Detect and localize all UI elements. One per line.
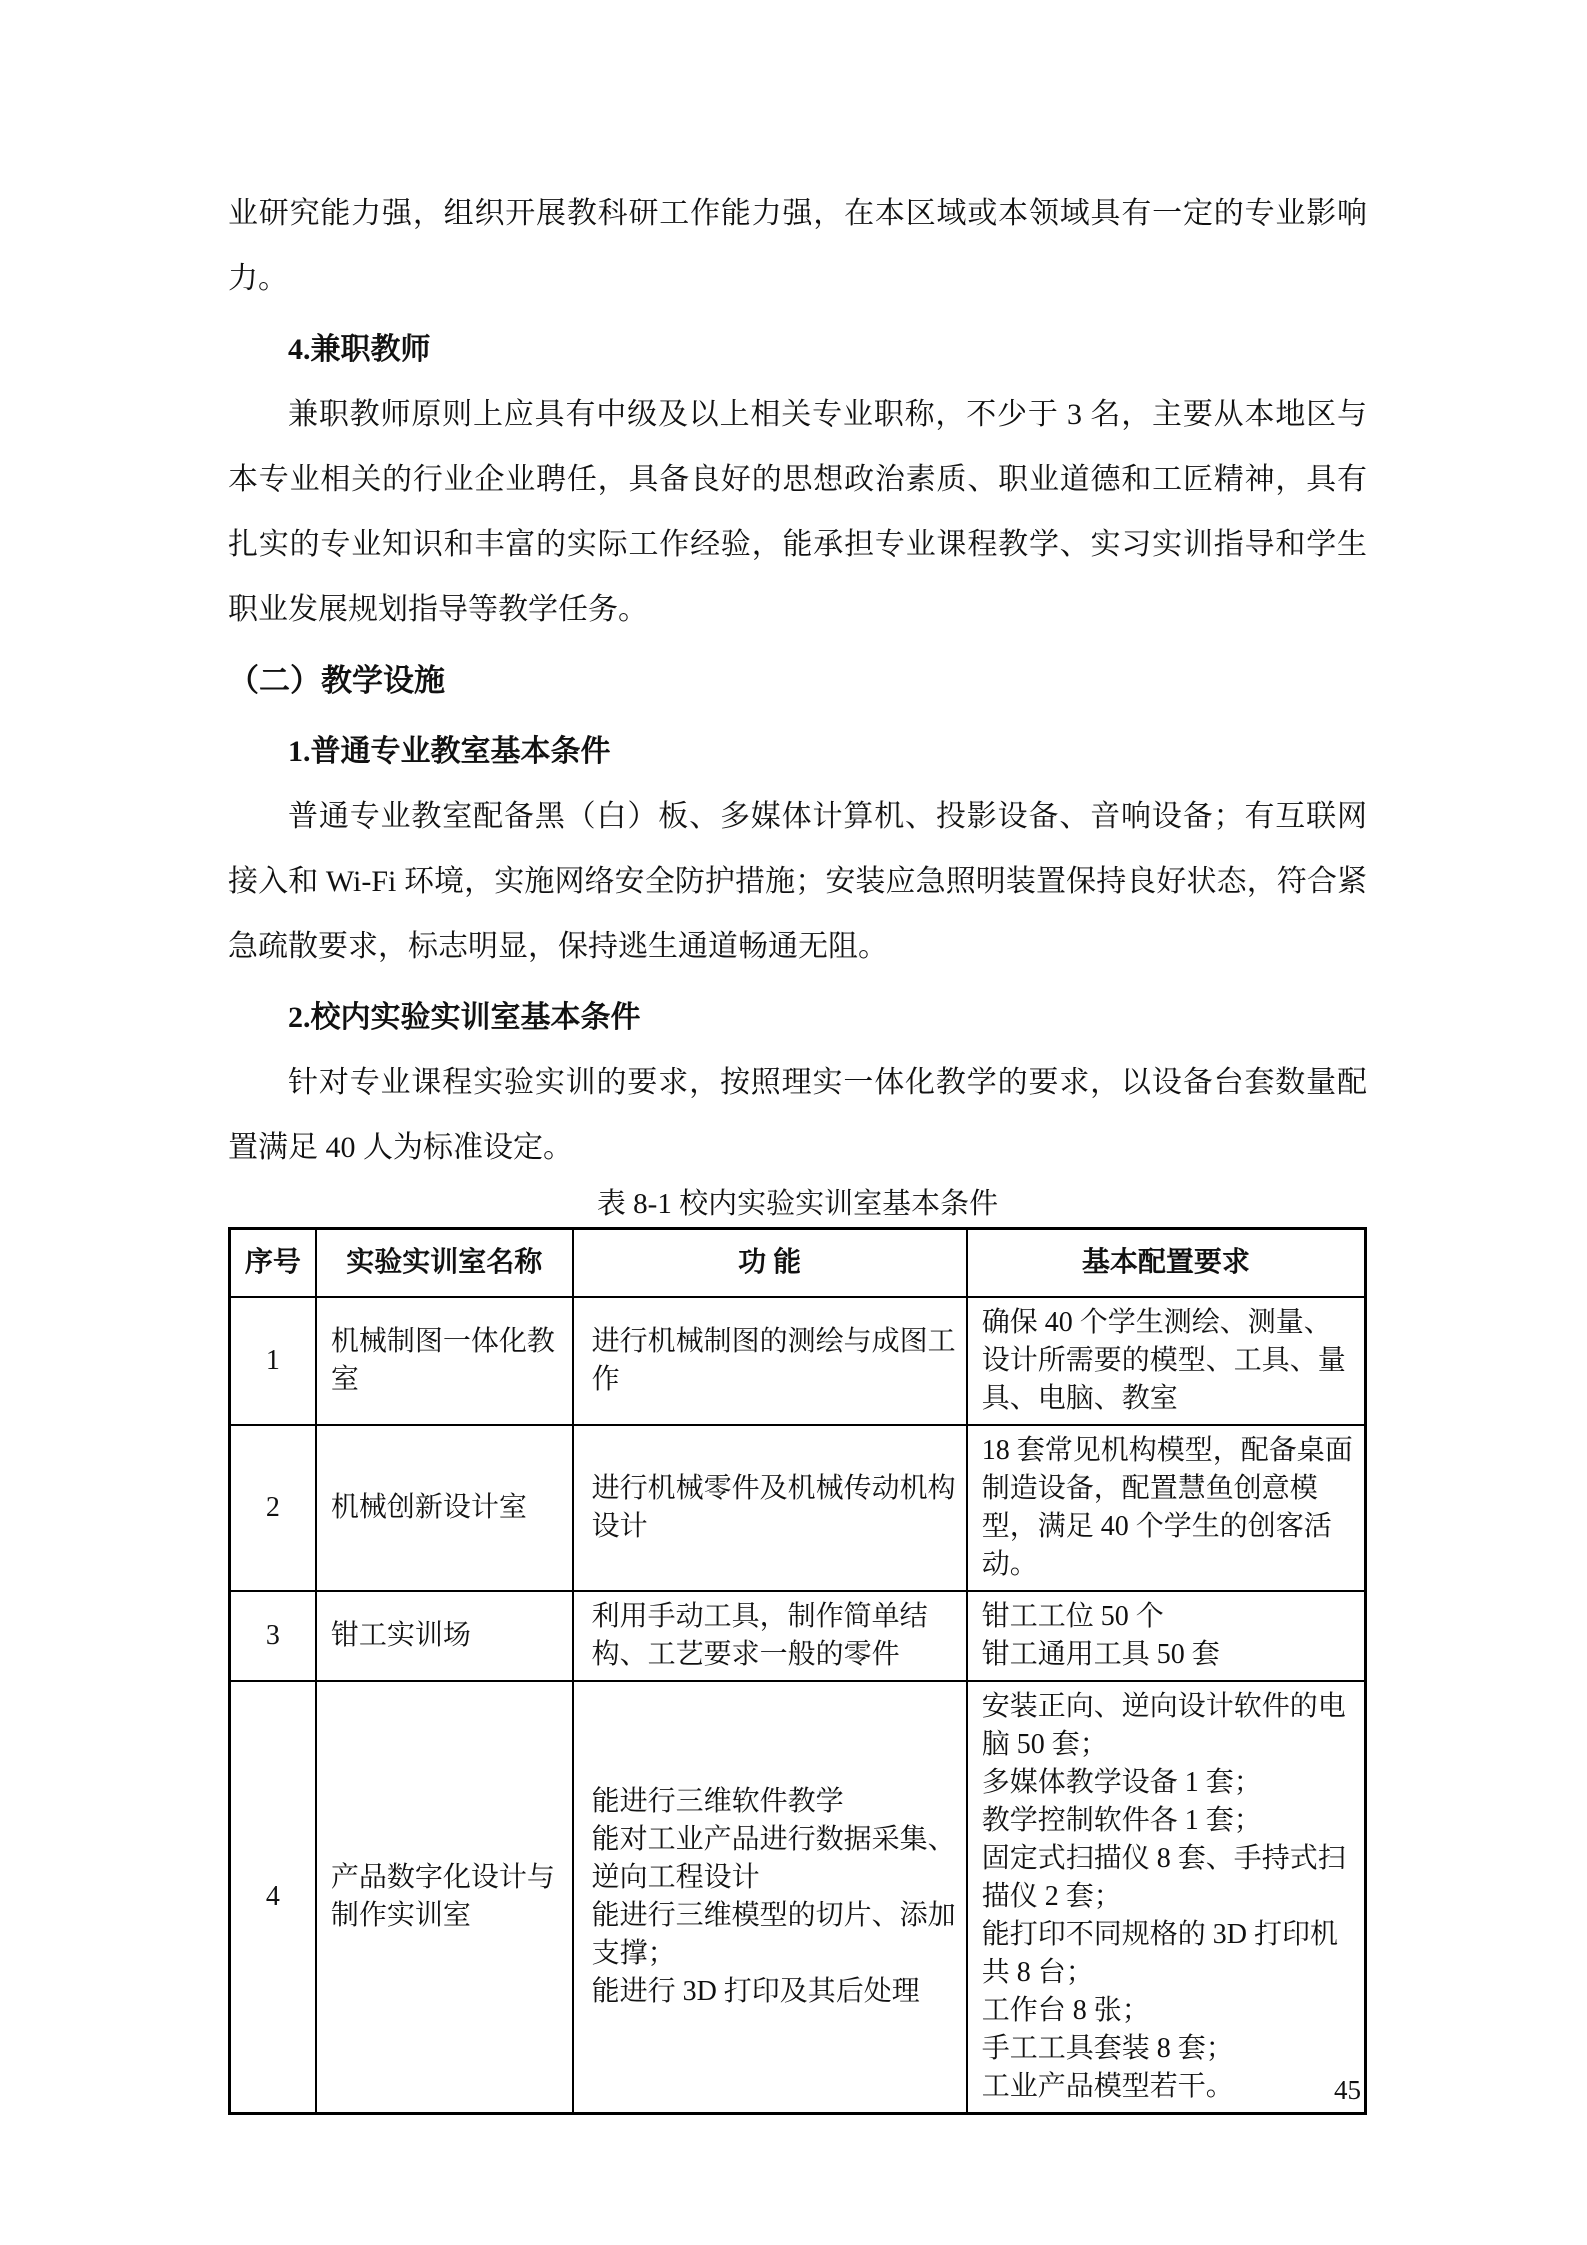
heading-part-time-teachers: 4.兼职教师 [228, 317, 1367, 382]
row-number-cell: 2 [230, 1425, 316, 1591]
header-cell-name: 实验实训室名称 [316, 1229, 573, 1298]
room-name-cell: 产品数字化设计与制作实训室 [316, 1681, 573, 2114]
row-number-cell: 4 [230, 1681, 316, 2114]
room-function-cell: 进行机械制图的测绘与成图工作 [573, 1297, 967, 1425]
row-number-cell: 3 [230, 1591, 316, 1681]
room-function-cell: 利用手动工具，制作简单结构、工艺要求一般的零件 [573, 1591, 967, 1681]
page-number: 45 [1334, 2072, 1361, 2108]
table-row: 2机械创新设计室进行机械零件及机械传动机构设计18 套常见机构模型，配备桌面制造… [230, 1425, 1366, 1591]
facilities-table-head: 序号 实验实训室名称 功 能 基本配置要求 [230, 1229, 1366, 1298]
table-header-row: 序号 实验实训室名称 功 能 基本配置要求 [230, 1229, 1366, 1298]
document-content: 业研究能力强，组织开展教科研工作能力强，在本区域或本领域具有一定的专业影响力。 … [228, 181, 1367, 2115]
heading-campus-lab: 2.校内实验实训室基本条件 [228, 985, 1367, 1050]
room-name-cell: 机械制图一体化教室 [316, 1297, 573, 1425]
room-config-cell: 钳工工位 50 个 钳工通用工具 50 套 [967, 1591, 1366, 1681]
document-page: 业研究能力强，组织开展教科研工作能力强，在本区域或本领域具有一定的专业影响力。 … [0, 0, 1587, 2245]
header-cell-no: 序号 [230, 1229, 316, 1298]
room-config-cell: 确保 40 个学生测绘、测量、设计所需要的模型、工具、量具、电脑、教室 [967, 1297, 1366, 1425]
facilities-table-body: 1机械制图一体化教室进行机械制图的测绘与成图工作确保 40 个学生测绘、测量、设… [230, 1297, 1366, 2114]
header-cell-config: 基本配置要求 [967, 1229, 1366, 1298]
paragraph-part-time-teachers: 兼职教师原则上应具有中级及以上相关专业职称，不少于 3 名，主要从本地区与本专业… [228, 382, 1367, 642]
heading-ordinary-classroom: 1.普通专业教室基本条件 [228, 719, 1367, 784]
row-number-cell: 1 [230, 1297, 316, 1425]
room-name-cell: 钳工实训场 [316, 1591, 573, 1681]
facilities-table: 序号 实验实训室名称 功 能 基本配置要求 1机械制图一体化教室进行机械制图的测… [228, 1227, 1367, 2115]
room-config-cell: 安装正向、逆向设计软件的电脑 50 套； 多媒体教学设备 1 套； 教学控制软件… [967, 1681, 1366, 2114]
room-function-cell: 能进行三维软件教学 能对工业产品进行数据采集、逆向工程设计 能进行三维模型的切片… [573, 1681, 967, 2114]
paragraph-campus-lab: 针对专业课程实验实训的要求，按照理实一体化教学的要求，以设备台套数量配置满足 4… [228, 1050, 1367, 1180]
heading-teaching-facilities: （二）教学设施 [228, 648, 1367, 713]
room-name-cell: 机械创新设计室 [316, 1425, 573, 1591]
header-cell-function: 功 能 [573, 1229, 967, 1298]
table-caption: 表 8-1 校内实验实训室基本条件 [228, 1182, 1367, 1227]
table-row: 3钳工实训场利用手动工具，制作简单结构、工艺要求一般的零件钳工工位 50 个 钳… [230, 1591, 1366, 1681]
table-row: 1机械制图一体化教室进行机械制图的测绘与成图工作确保 40 个学生测绘、测量、设… [230, 1297, 1366, 1425]
paragraph-ordinary-classroom: 普通专业教室配备黑（白）板、多媒体计算机、投影设备、音响设备；有互联网接入和 W… [228, 784, 1367, 979]
paragraph-continuation: 业研究能力强，组织开展教科研工作能力强，在本区域或本领域具有一定的专业影响力。 [228, 181, 1367, 311]
table-row: 4产品数字化设计与制作实训室能进行三维软件教学 能对工业产品进行数据采集、逆向工… [230, 1681, 1366, 2114]
room-function-cell: 进行机械零件及机械传动机构设计 [573, 1425, 967, 1591]
room-config-cell: 18 套常见机构模型，配备桌面制造设备，配置慧鱼创意模型，满足 40 个学生的创… [967, 1425, 1366, 1591]
